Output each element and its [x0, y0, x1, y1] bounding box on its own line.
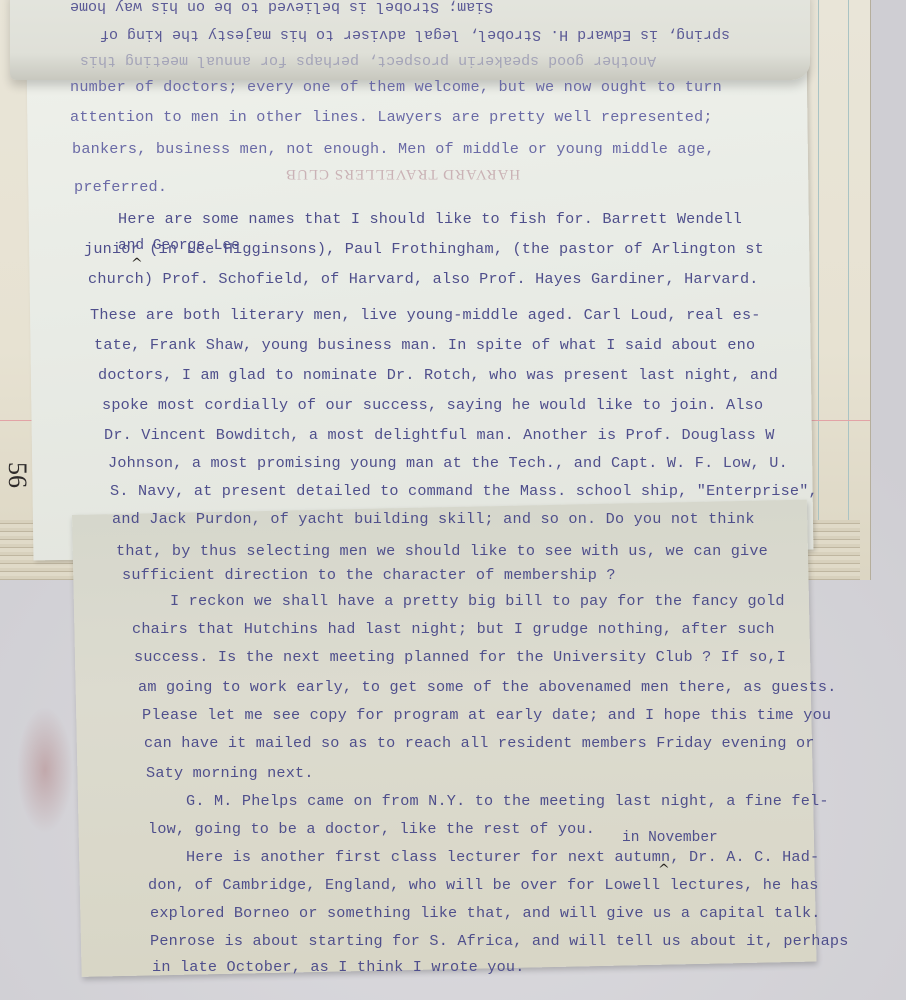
typed-line: can have it mailed so as to reach all re… — [144, 734, 815, 752]
typed-line: attention to men in other lines. Lawyers… — [70, 108, 713, 126]
caret-mark: ^ — [658, 862, 670, 878]
ledger-margin-line — [848, 0, 849, 560]
typed-line: tate, Frank Shaw, young business man. In… — [94, 336, 755, 354]
typed-line: am going to work early, to get some of t… — [138, 678, 837, 696]
letterhead-watermark: HARVARD TRAVELLERS CLUB — [285, 165, 520, 182]
typed-line: I reckon we shall have a pretty big bill… — [170, 592, 785, 610]
typed-insert: in November — [622, 830, 718, 846]
typed-line: preferred. — [74, 178, 167, 196]
typed-line: Dr. Vincent Bowditch, a most delightful … — [104, 426, 775, 444]
typed-insert: and George Lee — [118, 238, 240, 254]
typed-line: spoke most cordially of our success, say… — [102, 396, 763, 414]
typed-line: church) Prof. Schofield, of Harvard, als… — [88, 270, 759, 288]
caret-mark: ^ — [131, 256, 143, 272]
typed-line: Here is another first class lecturer for… — [186, 848, 819, 866]
typed-line: success. Is the next meeting planned for… — [134, 648, 786, 666]
typed-line: and Jack Purdon, of yacht building skill… — [112, 510, 755, 528]
typed-line: bankers, business men, not enough. Men o… — [72, 140, 715, 158]
typed-line: sufficient direction to the character of… — [122, 566, 616, 584]
typed-line: chairs that Hutchins had last night; but… — [132, 620, 775, 638]
typed-line: Saty morning next. — [146, 764, 314, 782]
typed-line: number of doctors; every one of them wel… — [70, 78, 722, 96]
typed-line: These are both literary men, live young-… — [90, 306, 761, 324]
typed-line: don, of Cambridge, England, who will be … — [148, 876, 819, 894]
typed-line: Please let me see copy for program at ea… — [142, 706, 831, 724]
ledger-margin-line — [818, 0, 819, 560]
typed-line: low, going to be a doctor, like the rest… — [148, 820, 595, 838]
typed-line: Johnson, a most promising young man at t… — [108, 454, 788, 472]
upside-down-line: Another good speakerin prospect, perhaps… — [80, 52, 656, 69]
curled-page-top: Siam; Strobel is believed to be on his w… — [10, 0, 810, 80]
typed-line: Here are some names that I should like t… — [118, 210, 742, 228]
typed-line: Penrose is about starting for S. Africa,… — [150, 932, 849, 950]
typed-line: in late October, as I think I wrote you. — [152, 958, 525, 976]
upside-down-line: Siam; Strobel is believed to be on his w… — [70, 0, 493, 15]
page-number: 56 — [2, 462, 32, 488]
typed-line: G. M. Phelps came on from N.Y. to the me… — [186, 792, 829, 810]
upside-down-line: spring, is Edward H. Strobel, legal advi… — [100, 26, 730, 43]
typed-line: explored Borneo or something like that, … — [150, 904, 821, 922]
typed-line: S. Navy, at present detailed to command … — [110, 482, 818, 500]
typed-line: that, by thus selecting men we should li… — [116, 542, 768, 560]
typed-line: doctors, I am glad to nominate Dr. Rotch… — [98, 366, 778, 384]
